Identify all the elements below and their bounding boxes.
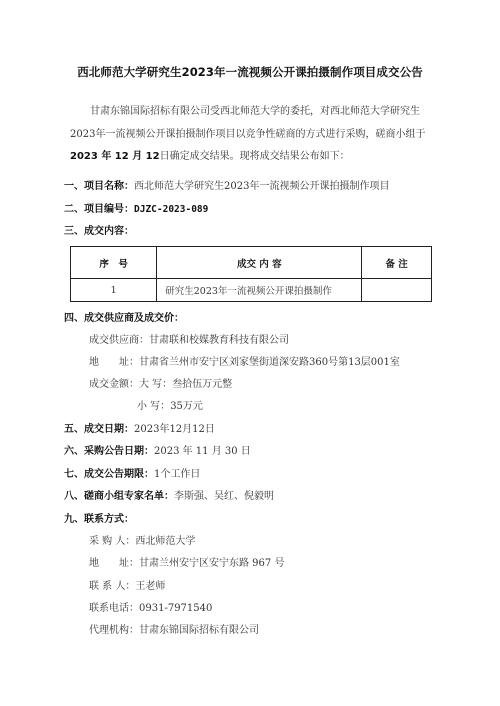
supplier-address-line: 地 址：甘肃省兰州市安宁区刘家堡街道深安路360号第13层001室: [89, 353, 400, 368]
field-label: 成交金额：: [89, 379, 139, 390]
field-label: 代理机构：: [89, 625, 139, 636]
field-label: 地 址：: [89, 357, 139, 368]
announcement-period: 1个工作日: [154, 469, 200, 480]
section-heading: 九、联系方式：: [64, 514, 134, 525]
section-heading: 八、磋商小组专家名单：: [64, 491, 174, 502]
field-label: 采 购 人：: [89, 536, 135, 547]
supplier-line: 成交供应商：甘肃联和校媒教育科技有限公司: [89, 331, 289, 346]
project-name: 西北师范大学研究生2023年一流视频公开课拍摄制作项目: [134, 181, 389, 192]
field-label: 成交供应商：: [89, 335, 149, 346]
amount-upper-line: 成交金额：大 写：叁拾伍万元整: [89, 375, 232, 390]
intro-line-1: 甘肃东锦国际招标有限公司受西北师范大学的委托，对西北师范大学研究生: [70, 101, 440, 124]
supplier-name: 甘肃联和校媒教育科技有限公司: [149, 335, 289, 346]
section-deal-content: 三、成交内容：: [64, 222, 134, 237]
section-supplier: 四、成交供应商及成交价：: [64, 309, 184, 324]
amount-upper: 叁拾伍万元整: [172, 379, 232, 390]
amount-lower: 35万元: [170, 401, 203, 412]
purchaser-line: 采 购 人：西北师范大学: [89, 532, 195, 547]
section-announcement-date: 六、采购公告日期：2023 年 11 月 30 日: [64, 442, 251, 457]
section-heading: 五、成交日期：: [64, 424, 134, 435]
section-deal-date: 五、成交日期：2023年12月12日: [64, 420, 215, 435]
intro-line-3: 2023 年 12 月 12日确定成交结果。现将成交结果公布如下：: [70, 146, 440, 169]
supplier-address: 甘肃省兰州市安宁区刘家堡街道深安路360号第13层001室: [139, 357, 400, 368]
section-project-name: 一、项目名称：西北师范大学研究生2023年一流视频公开课拍摄制作项目: [64, 177, 389, 192]
contact-phone: 0931-7971540: [139, 603, 212, 614]
table-cell: 研究生2023年一流视频公开课拍摄制作: [157, 279, 362, 302]
field-label: 大 写：: [139, 379, 172, 390]
field-label: 联 系 人：: [89, 581, 135, 592]
purchaser-address: 甘肃兰州安宁区安宁东路 967 号: [139, 558, 284, 569]
column-header: 序 号: [71, 247, 157, 279]
table-cell: 1: [71, 279, 157, 302]
intro-paragraph: 甘肃东锦国际招标有限公司受西北师范大学的委托，对西北师范大学研究生 2023年一…: [70, 101, 440, 169]
agency-name: 甘肃东锦国际招标有限公司: [139, 625, 259, 636]
deal-date: 2023年12月12日: [134, 424, 215, 435]
table-cell: [362, 279, 432, 302]
decision-date: 2023 年 12 月 12: [70, 151, 160, 162]
deal-content-table: 序 号 成交 内 容 备 注 1 研究生2023年一流视频公开课拍摄制作: [70, 246, 432, 302]
purchaser-name: 西北师范大学: [135, 536, 195, 547]
section-heading: 一、项目名称：: [64, 181, 134, 192]
table-row: 1 研究生2023年一流视频公开课拍摄制作: [71, 279, 432, 302]
section-contact: 九、联系方式：: [64, 510, 134, 525]
section-heading: 二、项目编号：: [64, 204, 134, 215]
table-header-row: 序 号 成交 内 容 备 注: [71, 247, 432, 279]
amount-lower-line: 小 写：35万元: [137, 397, 203, 412]
announcement-date: 2023 年 11 月 30 日: [154, 446, 251, 457]
purchaser-address-line: 地 址：甘肃兰州安宁区安宁东路 967 号: [89, 554, 284, 569]
intro-line-3-text: 日确定成交结果。现将成交结果公布如下：: [160, 151, 350, 162]
contact-person-line: 联 系 人：王老师: [89, 577, 165, 592]
section-expert-list: 八、磋商小组专家名单：李斯强、吴红、倪毅明: [64, 487, 274, 502]
section-heading: 七、成交公告期限：: [64, 469, 154, 480]
expert-names: 李斯强、吴红、倪毅明: [174, 491, 274, 502]
column-header: 成交 内 容: [157, 247, 362, 279]
section-heading: 三、成交内容：: [64, 226, 134, 237]
section-heading: 四、成交供应商及成交价：: [64, 313, 184, 324]
section-announcement-period: 七、成交公告期限：1个工作日: [64, 465, 200, 480]
intro-line-2: 2023年一流视频公开课拍摄制作项目以竞争性磋商的方式进行采购，磋商小组于: [70, 124, 440, 147]
document-page: 西北师范大学研究生2023年一流视频公开课拍摄制作项目成交公告 甘肃东锦国际招标…: [0, 0, 500, 706]
section-heading: 六、采购公告日期：: [64, 446, 154, 457]
field-label: 联系电话：: [89, 603, 139, 614]
document-title: 西北师范大学研究生2023年一流视频公开课拍摄制作项目成交公告: [0, 64, 500, 80]
field-label: 小 写：: [137, 401, 170, 412]
section-project-number: 二、项目编号：DJZC-2023-089: [64, 200, 208, 215]
field-label: 地 址：: [89, 558, 139, 569]
project-number: DJZC-2023-089: [134, 204, 208, 215]
contact-person: 王老师: [135, 581, 165, 592]
phone-line: 联系电话：0931-7971540: [89, 599, 212, 614]
agency-line: 代理机构：甘肃东锦国际招标有限公司: [89, 621, 259, 636]
column-header: 备 注: [362, 247, 432, 279]
